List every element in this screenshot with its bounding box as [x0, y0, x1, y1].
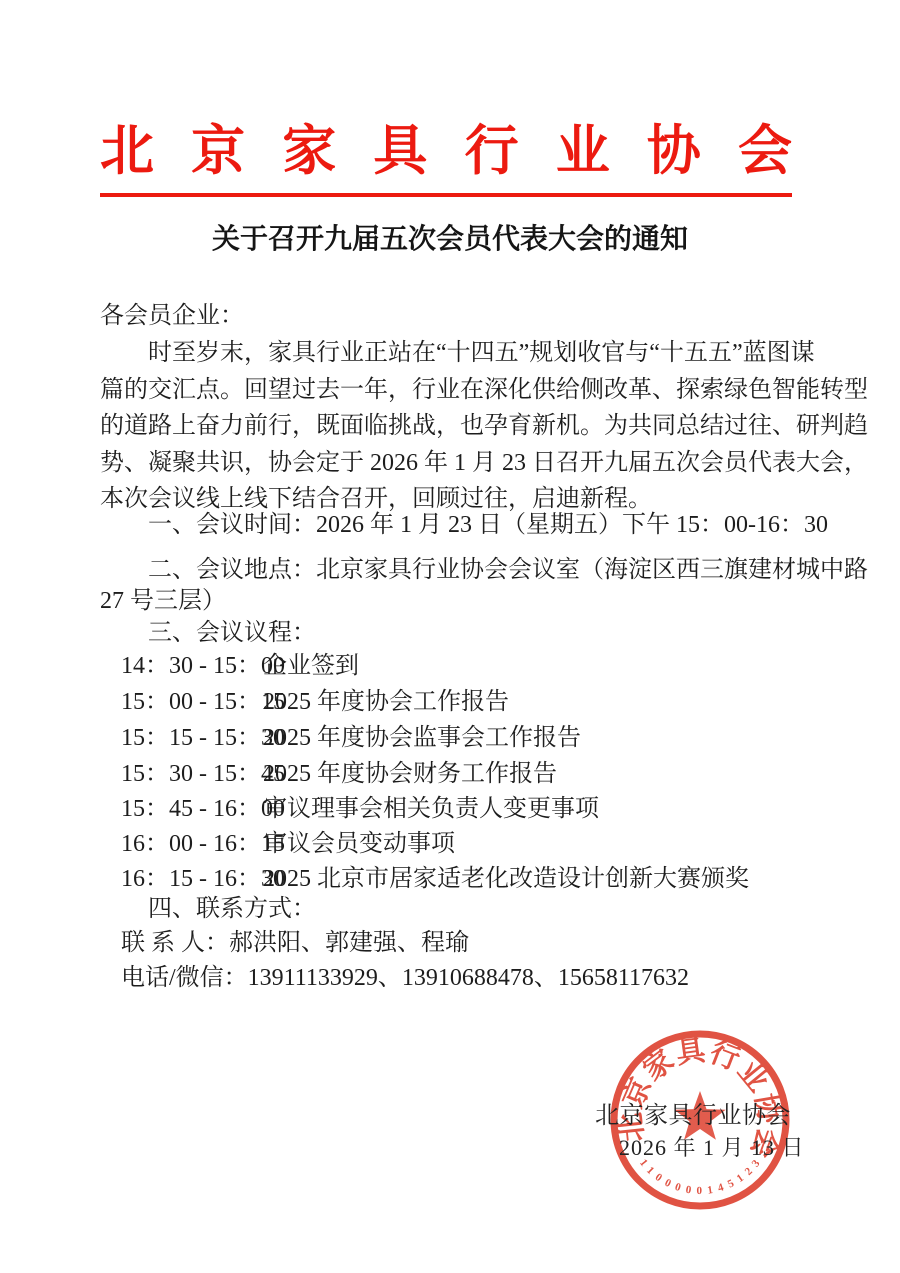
- letterhead-rule: [100, 193, 792, 197]
- letterhead-char: 业: [556, 122, 610, 180]
- salutation: 各会员企业：: [100, 301, 804, 331]
- letterhead-char: 行: [465, 122, 519, 180]
- agenda-item: 2025 北京市居家适老化改造设计创新大赛颁奖: [263, 864, 749, 894]
- agenda-row: 16：15 - 16：302025 北京市居家适老化改造设计创新大赛颁奖: [100, 864, 825, 894]
- agenda-row: 15：00 - 15：152025 年度协会工作报告: [100, 687, 825, 717]
- agenda-time: 15：45 - 16：00: [121, 794, 263, 824]
- agenda-item: 2025 年度协会工作报告: [263, 687, 509, 717]
- intro-line: 的道路上奋力前行，既面临挑战，也孕育新机。为共同总结过往、研判趋: [100, 411, 804, 441]
- signature-org: 北京家具行业协会: [595, 1095, 791, 1130]
- agenda-item: 审议会员变动事项: [263, 829, 455, 859]
- intro-line: 势、凝聚共识，协会定于 2026 年 1 月 23 日召开九届五次会员代表大会，: [100, 448, 804, 478]
- agenda-time: 16：00 - 16：15: [121, 829, 263, 859]
- agenda-time: 16：15 - 16：30: [121, 864, 263, 894]
- intro-line: 时至岁末，家具行业正站在“十四五”规划收官与“十五五”蓝图谋: [100, 338, 852, 368]
- section-agenda-heading: 三、会议议程：: [100, 618, 852, 648]
- agenda-time: 15：00 - 15：15: [121, 687, 263, 717]
- letterhead-char: 具: [373, 122, 427, 180]
- letterhead-char: 京: [191, 122, 245, 180]
- letterhead-org-title: 北京家具行业协会: [100, 122, 792, 180]
- section-meeting-place: 二、会议地点：北京家具行业协会会议室（海淀区西三旗建材城中路: [100, 555, 852, 585]
- agenda-row: 15：30 - 15：452025 年度协会财务工作报告: [100, 759, 825, 789]
- agenda-row: 16：00 - 16：15审议会员变动事项: [100, 829, 825, 859]
- section-contact-heading: 四、联系方式：: [100, 894, 852, 924]
- letterhead-char: 家: [282, 122, 336, 180]
- intro-line: 篇的交汇点。回望过去一年，行业在深化供给侧改革、探索绿色智能转型: [100, 375, 804, 405]
- agenda-row: 15：45 - 16：00审议理事会相关负责人变更事项: [100, 794, 825, 824]
- agenda-item: 审议理事会相关负责人变更事项: [263, 794, 599, 824]
- letterhead-char: 协: [647, 122, 701, 180]
- contact-phone: 电话/微信：13911133929、13910688478、1565811763…: [100, 963, 825, 993]
- doc-title: 关于召开九届五次会员代表大会的通知: [0, 223, 900, 257]
- agenda-item: 2025 年度协会财务工作报告: [263, 759, 557, 789]
- signature-date: 2026 年 1 月 13 日: [619, 1131, 805, 1162]
- notice-document: 北京家具行业协会 关于召开九届五次会员代表大会的通知 各会员企业： 时至岁末，家…: [0, 0, 900, 1273]
- section-meeting-place-cont: 27 号三层）: [100, 586, 804, 616]
- agenda-item: 2025 年度协会监事会工作报告: [263, 723, 581, 753]
- section-meeting-time: 一、会议时间：2026 年 1 月 23 日（星期五）下午 15：00-16：3…: [100, 510, 852, 540]
- agenda-item: 企业签到: [263, 651, 359, 681]
- letterhead-char: 北: [100, 122, 154, 180]
- agenda-time: 15：15 - 15：30: [121, 723, 263, 753]
- agenda-row: 15：15 - 15：302025 年度协会监事会工作报告: [100, 723, 825, 753]
- agenda-time: 15：30 - 15：45: [121, 759, 263, 789]
- agenda-time: 14：30 - 15：00: [121, 651, 263, 681]
- letterhead-char: 会: [738, 122, 792, 180]
- contact-person: 联 系 人：郝洪阳、郭建强、程瑜: [100, 928, 825, 958]
- agenda-row: 14：30 - 15：00企业签到: [100, 651, 825, 681]
